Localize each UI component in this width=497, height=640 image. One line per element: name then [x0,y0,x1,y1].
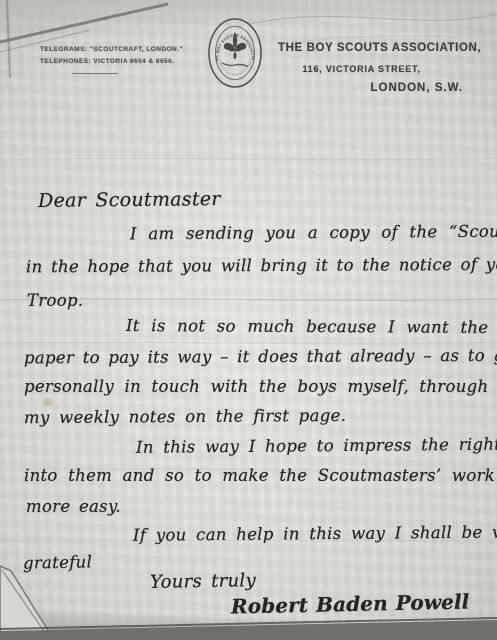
handwriting-line: grateful [23,552,92,572]
handwriting-line: Troop. [27,291,83,310]
scout-emblem-graphic: THE BOY SCOUTS ASSOCIATION [206,15,264,91]
handwriting-line: more easy. [26,497,121,516]
address-line-2: LONDON, S.W. [278,82,473,94]
handwriting-line: personally in touch with the boys myself… [24,377,488,396]
scanned-letter-page: TELEGRAMS: "SCOUTCRAFT, LONDON." TELEPHO… [0,0,497,640]
emblem-scroll [222,63,248,67]
closing: Yours truly [150,570,256,593]
handwriting-line: into them and so to make the Scoutmaster… [24,466,497,485]
letterhead-address-block: THE BOY SCOUTS ASSOCIATION, 116, VICTORI… [278,42,473,94]
letterhead-contact-block: TELEGRAMS: "SCOUTCRAFT, LONDON." TELEPHO… [40,44,183,74]
handwriting-line: It is not so much because I want the [126,316,489,337]
salutation: Dear Scoutmaster [38,188,221,212]
scout-emblem: THE BOY SCOUTS ASSOCIATION [206,15,264,91]
emblem-lower-arc-text-illegible [219,59,251,75]
handwriting-line: in the hope that you will bring it to th… [26,255,497,277]
handwriting-line: paper to pay its way – it does that alre… [24,346,497,368]
telephones-line: TELEPHONES: VICTORIA 8654 & 8656. [40,56,183,68]
address-line-1: 116, VICTORIA STREET, [278,64,473,74]
handwriting-line: If you can help in this way I shall be v… [133,522,497,544]
handwriting-line: my weekly notes on the first page. [24,406,346,427]
handwriting-line: In this way I hope to impress the right … [136,434,497,457]
org-name: THE BOY SCOUTS ASSOCIATION, [278,42,473,54]
handwriting-line: I am sending you a copy of the “Scout” [130,222,497,244]
telegrams-line: TELEGRAMS: "SCOUTCRAFT, LONDON." [40,44,183,56]
signature: Robert Baden Powell [231,590,470,619]
contact-divider [72,73,118,74]
